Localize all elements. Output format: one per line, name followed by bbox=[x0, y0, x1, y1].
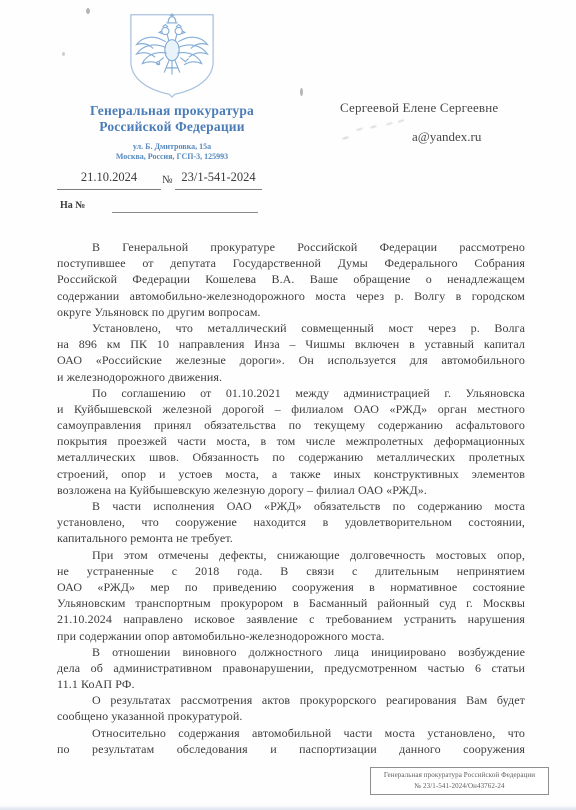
text-line: возложена на Куйбышевскую железную дорог… bbox=[57, 482, 525, 498]
reply-to-number-label: На № bbox=[60, 200, 85, 211]
text-line: Российской Федерации Кошелева В.А. Ваше … bbox=[57, 271, 525, 287]
org-address: ул. Б. Дмитровка, 15а Москва, Россия, ГС… bbox=[58, 142, 286, 163]
text-line: 21.10.2024 направлено исковое заявление … bbox=[57, 611, 525, 627]
org-name: Генеральная прокуратура Российской Федер… bbox=[58, 103, 286, 135]
scan-speck bbox=[300, 88, 303, 96]
paragraph: Установлено, что металлический совмещенн… bbox=[57, 320, 525, 385]
registration-stamp: Генеральная прокуратура Российской Федер… bbox=[370, 767, 549, 795]
outgoing-number-field: 23/1-541-2024 bbox=[175, 170, 262, 190]
paragraph: По соглашению от 01.10.2021 между админи… bbox=[57, 385, 525, 498]
outgoing-date-field: 21.10.2024 bbox=[57, 170, 161, 190]
text-line: капитального ремонта не требует. bbox=[57, 530, 525, 546]
text-line: В части исполнения ОАО «РЖД» обязательст… bbox=[57, 498, 525, 514]
scanned-letter-page: Генеральная прокуратура Российской Федер… bbox=[0, 0, 576, 810]
reply-to-number-blank-line bbox=[112, 212, 258, 213]
scan-speck bbox=[86, 8, 90, 14]
text-line: Установлено, что металлический совмещенн… bbox=[57, 320, 525, 336]
text-line: покрытия проезжей части моста, в том чис… bbox=[57, 433, 525, 449]
stamp-number-line: № 23/1-541-2024/Он43762-24 bbox=[371, 781, 548, 792]
text-line: О результатах рассмотрения актов прокуро… bbox=[57, 692, 525, 708]
text-line: 11.1 КоАП РФ. bbox=[57, 676, 525, 692]
text-line: дела об административном правонарушении,… bbox=[57, 660, 525, 676]
text-line: Относительно содержания автомобильной ча… bbox=[57, 725, 525, 741]
org-address-line1: ул. Б. Дмитровка, 15а bbox=[58, 142, 286, 152]
recipient-email-row: a@yandex.ru bbox=[340, 129, 550, 145]
org-address-line2: Москва, Россия, ГСП-3, 125993 bbox=[58, 152, 286, 162]
paragraph: В части исполнения ОАО «РЖД» обязательст… bbox=[57, 498, 525, 547]
text-line: По соглашению от 01.10.2021 между админи… bbox=[57, 385, 525, 401]
text-line: и железнодорожного движения. bbox=[57, 369, 525, 385]
org-name-line1: Генеральная прокуратура bbox=[58, 103, 286, 119]
text-line: металлических швов. Обязанность по содер… bbox=[57, 449, 525, 465]
text-line: и Куйбышевской железной дорогой – филиал… bbox=[57, 401, 525, 417]
text-line: содержании автомобильно-железнодорожного… bbox=[57, 288, 525, 304]
paragraph: Относительно содержания автомобильной ча… bbox=[57, 725, 525, 757]
org-name-line2: Российской Федерации bbox=[58, 119, 286, 135]
text-line: при содержании опор автомобильно-железно… bbox=[57, 628, 525, 644]
text-line: поступившее от депутата Государственной … bbox=[57, 255, 525, 271]
text-line: по результатам обследования и паспортиза… bbox=[57, 741, 525, 757]
letterhead: Генеральная прокуратура Российской Федер… bbox=[58, 10, 286, 163]
text-line: строений, опор и устоев моста, а также и… bbox=[57, 466, 525, 482]
recipient-email-visible: a@yandex.ru bbox=[412, 129, 481, 144]
scan-speck bbox=[62, 52, 65, 56]
text-line: сообщено указанной прокуратурой. bbox=[57, 708, 525, 724]
text-line: не устраненные с 2018 года. В связи с дл… bbox=[57, 563, 525, 579]
recipient-name: Сергеевой Елене Сергеевне bbox=[340, 100, 550, 116]
paragraph: В Генеральной прокуратуре Российской Фед… bbox=[57, 239, 525, 320]
text-line: установлено, что сооружение находится в … bbox=[57, 514, 525, 530]
text-line: В Генеральной прокуратуре Российской Фед… bbox=[57, 239, 525, 255]
text-line: ОАО «Российские железные дороги». Он исп… bbox=[57, 352, 525, 368]
text-line: самоуправления принял обязательства по т… bbox=[57, 417, 525, 433]
stamp-org-line: Генеральная прокуратура Российской Федер… bbox=[371, 770, 548, 781]
coat-of-arms-icon bbox=[124, 10, 220, 98]
number-sign-label: № bbox=[162, 174, 173, 186]
paragraph: В отношении виновного должностного лица … bbox=[57, 644, 525, 693]
letter-body: В Генеральной прокуратуре Российской Фед… bbox=[57, 239, 525, 757]
text-line: В отношении виновного должностного лица … bbox=[57, 644, 525, 660]
text-line: округе Ульяновск по другим вопросам. bbox=[57, 304, 525, 320]
text-line: на 896 км ПК 10 направления Инза – Чишмы… bbox=[57, 336, 525, 352]
recipient-block: Сергеевой Елене Сергеевне a@yandex.ru bbox=[340, 100, 550, 145]
redacted-email-area bbox=[340, 130, 412, 141]
paragraph: О результатах рассмотрения актов прокуро… bbox=[57, 692, 525, 724]
text-line: При этом отмечены дефекты, снижающие дол… bbox=[57, 547, 525, 563]
text-line: ОАО «РЖД» мер по приведению сооружения в… bbox=[57, 579, 525, 595]
paragraph: При этом отмечены дефекты, снижающие дол… bbox=[57, 547, 525, 644]
text-line: Ульяновским транспортным прокурором в Ба… bbox=[57, 595, 525, 611]
scan-edge-shadow bbox=[0, 805, 576, 810]
